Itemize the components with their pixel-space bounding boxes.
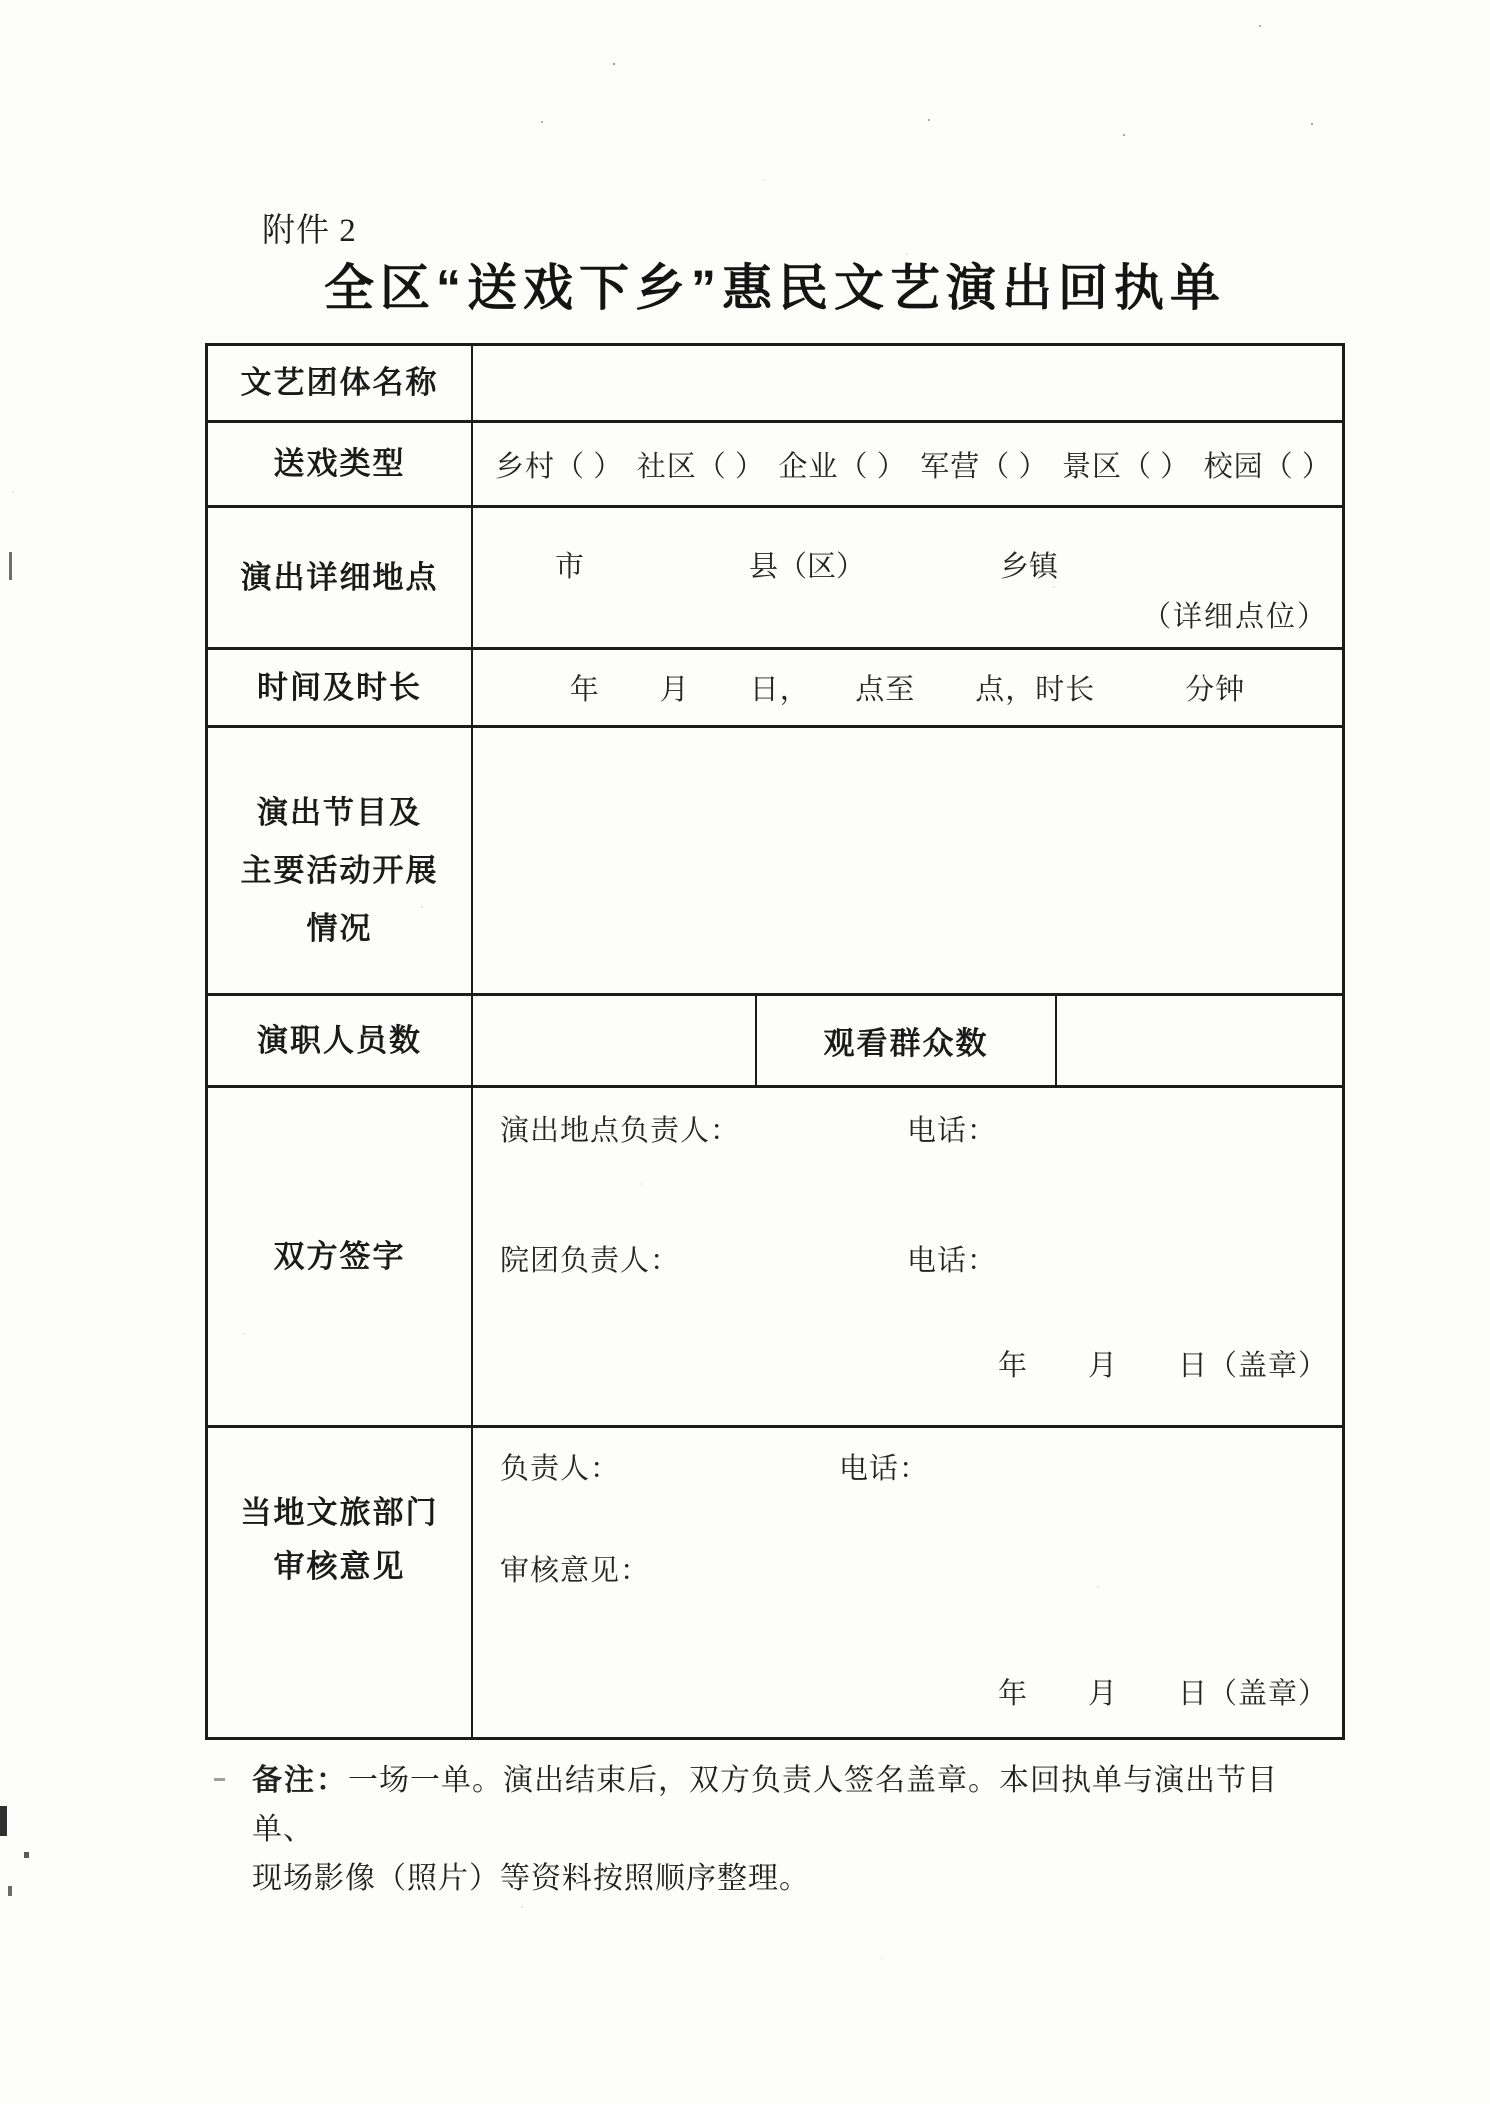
venue-line-city-county-town: 市县（区）乡镇 — [555, 544, 1058, 585]
venue-manager-line: 演出地点负责人： 电话： — [500, 1108, 1328, 1149]
venue-value-cell: 市县（区）乡镇 （详细点位） — [473, 508, 1342, 647]
venue-label: 演出详细地点 — [208, 508, 473, 647]
row-review: 当地文旅部门 审核意见 负责人： 电话： 审核意见： 年 月 日（盖章） — [208, 1425, 1342, 1737]
review-value-cell: 负责人： 电话： 审核意见： 年 月 日（盖章） — [473, 1428, 1342, 1737]
scanned-document-page: 附件 2 全区“送戏下乡”惠民文艺演出回执单 文艺团体名称 送戏类型 乡村（ ）… — [0, 0, 1490, 2104]
venue-town-label: 乡镇 — [1000, 551, 1058, 583]
review-manager-line: 负责人： 电话： — [500, 1446, 1328, 1487]
scan-noise-specks — [0, 0, 4, 4]
cast-count-label: 演职人员数 — [208, 996, 473, 1085]
review-manager-label: 负责人： — [500, 1453, 620, 1485]
troupe-manager-phone-label: 电话： — [907, 1238, 997, 1279]
option-village: 乡村（ ） — [495, 444, 623, 485]
option-campus: 校园（ ） — [1204, 444, 1332, 485]
footer-note-line2: 现场影像（照片）等资料按照顺序整理。 — [252, 1854, 1312, 1903]
scan-edge-artifact — [24, 1852, 29, 1858]
signatures-value-cell: 演出地点负责人： 电话： 院团负责人： 电话： 年 月 日（盖章） — [473, 1088, 1342, 1425]
row-program: 演出节目及 主要活动开展 情况 — [208, 725, 1342, 993]
document-title: 全区“送戏下乡”惠民文艺演出回执单 — [205, 248, 1345, 320]
time-duration-value-cell: 年 月 日， 点至 点，时长 分钟 — [473, 650, 1342, 725]
footer-note: 备注：一场一单。演出结束后，双方负责人签名盖章。本回执单与演出节目单、 现场影像… — [252, 1756, 1312, 1903]
troupe-manager-label: 院团负责人： — [500, 1245, 680, 1277]
venue-detail-label: （详细点位） — [1142, 594, 1328, 635]
footer-note-prefix: 备注： — [252, 1764, 348, 1797]
footer-note-text1: 一场一单。演出结束后，双方负责人签名盖章。本回执单与演出节目单、 — [252, 1764, 1278, 1846]
scan-edge-artifact — [214, 1778, 225, 1781]
row-show-type: 送戏类型 乡村（ ） 社区（ ） 企业（ ） 军营（ ） 景区（ ） 校园（ ） — [208, 420, 1342, 505]
option-scenic-area: 景区（ ） — [1062, 444, 1190, 485]
program-label-line1: 演出节目及 — [257, 784, 422, 842]
program-label-line2: 主要活动开展 — [241, 842, 439, 900]
row-counts: 演职人员数 观看群众数 — [208, 993, 1342, 1085]
signatures-label: 双方签字 — [208, 1088, 473, 1425]
venue-city-label: 市 — [555, 551, 584, 583]
footer-note-line1: 备注：一场一单。演出结束后，双方负责人签名盖章。本回执单与演出节目单、 — [252, 1756, 1312, 1854]
program-label-line3: 情况 — [307, 900, 373, 958]
program-value-cell — [473, 728, 1342, 993]
venue-manager-label: 演出地点负责人： — [500, 1115, 740, 1147]
troupe-name-value-cell — [473, 346, 1342, 420]
troupe-manager-line: 院团负责人： 电话： — [500, 1238, 1328, 1279]
scan-edge-artifact — [0, 1806, 7, 1836]
review-phone-label: 电话： — [839, 1446, 929, 1487]
review-label-line2: 审核意见 — [274, 1540, 406, 1594]
row-troupe-name: 文艺团体名称 — [208, 346, 1342, 420]
scan-edge-artifact — [9, 552, 12, 580]
attachment-label: 附件 2 — [262, 204, 357, 251]
program-label: 演出节目及 主要活动开展 情况 — [208, 728, 473, 993]
audience-count-value-cell — [1057, 996, 1342, 1085]
time-duration-label: 时间及时长 — [208, 650, 473, 725]
audience-count-label: 观看群众数 — [757, 996, 1057, 1085]
row-time-duration: 时间及时长 年 月 日， 点至 点，时长 分钟 — [208, 647, 1342, 725]
receipt-form-table: 文艺团体名称 送戏类型 乡村（ ） 社区（ ） 企业（ ） 军营（ ） 景区（ … — [205, 343, 1345, 1740]
review-label: 当地文旅部门 审核意见 — [208, 1428, 473, 1737]
scan-edge-artifact — [8, 1886, 12, 1896]
option-community: 社区（ ） — [637, 444, 765, 485]
cast-count-value-cell — [473, 996, 757, 1085]
row-signatures: 双方签字 演出地点负责人： 电话： 院团负责人： 电话： 年 月 日（盖章） — [208, 1085, 1342, 1425]
troupe-name-label: 文艺团体名称 — [208, 346, 473, 420]
review-label-line1: 当地文旅部门 — [241, 1486, 439, 1540]
venue-county-label: 县（区） — [749, 551, 865, 583]
review-date-seal-line: 年 月 日（盖章） — [998, 1671, 1328, 1712]
option-enterprise: 企业（ ） — [778, 444, 906, 485]
review-opinion-label: 审核意见： — [500, 1548, 1328, 1589]
option-barracks: 军营（ ） — [920, 444, 1048, 485]
signatures-date-seal-line: 年 月 日（盖章） — [998, 1343, 1328, 1384]
show-type-label: 送戏类型 — [208, 423, 473, 505]
venue-manager-phone-label: 电话： — [907, 1108, 997, 1149]
show-type-options-cell: 乡村（ ） 社区（ ） 企业（ ） 军营（ ） 景区（ ） 校园（ ） — [473, 423, 1342, 505]
row-venue: 演出详细地点 市县（区）乡镇 （详细点位） — [208, 505, 1342, 647]
